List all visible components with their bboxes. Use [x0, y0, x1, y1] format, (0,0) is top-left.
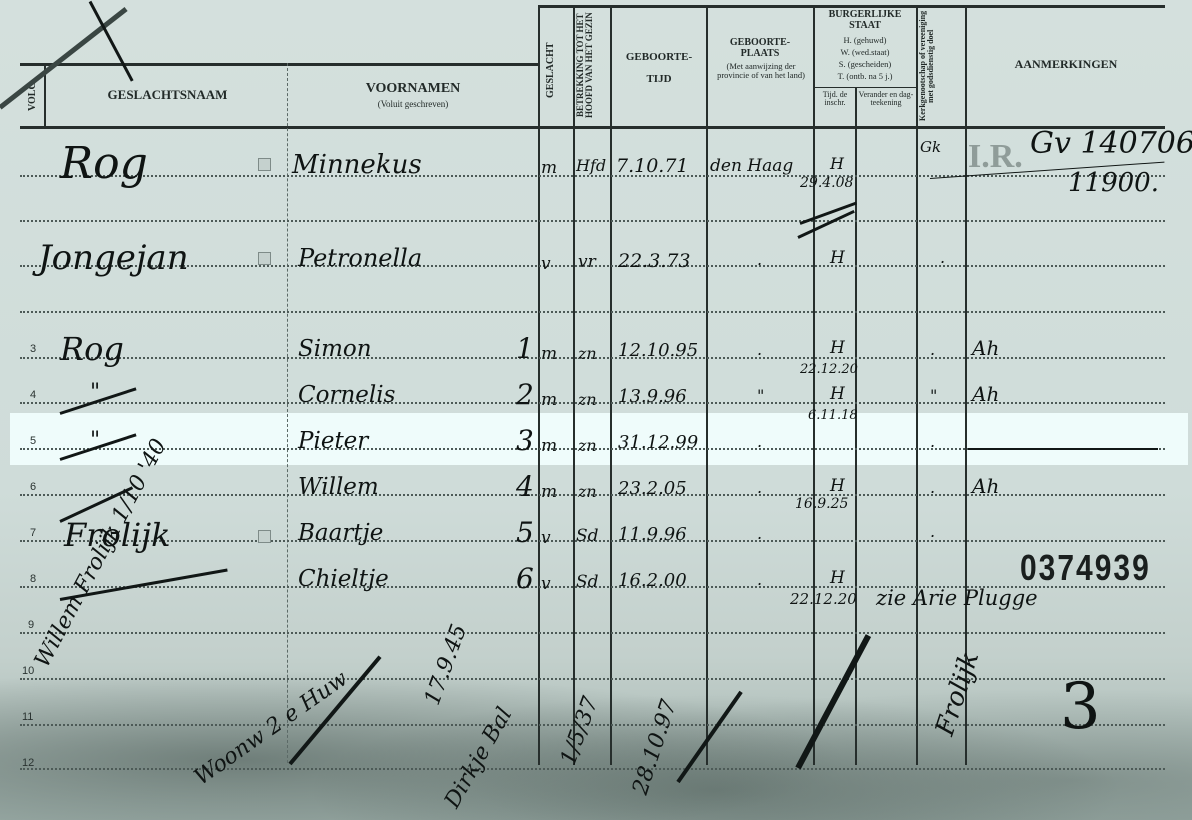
bs-sub-rule	[813, 87, 916, 88]
col-line	[287, 63, 288, 763]
row-number: 7	[30, 527, 36, 539]
given-name: Chieltje	[298, 566, 389, 592]
marital-status: H	[830, 476, 845, 496]
header-voornamen: VOORNAMEN	[290, 82, 536, 97]
church: Gk	[920, 138, 941, 156]
header-geboorteplaats-1: GEBOORTE-	[708, 38, 812, 49]
row-rule	[20, 678, 1165, 680]
birth-place: .	[757, 432, 762, 451]
stamp-ir: I.R.	[968, 138, 1023, 176]
marital-date: 6.11.18	[808, 408, 858, 423]
birth-date: 13.9.96	[618, 386, 687, 407]
row-number: 8	[30, 573, 36, 585]
marital-status: H	[830, 568, 845, 588]
reference-sub-number: 11900.	[1068, 168, 1159, 198]
header-bs-verander: Verander en dag-teekening	[857, 91, 915, 108]
birth-date: 23.2.05	[618, 478, 687, 499]
child-number: 1	[516, 332, 534, 365]
church: "	[930, 386, 937, 405]
col-line	[610, 5, 612, 765]
sex: v	[541, 574, 551, 594]
birth-place: den Haag	[710, 156, 793, 176]
birth-place: "	[757, 386, 764, 405]
header-geboorteplaats-2: PLAATS	[708, 49, 812, 60]
sex: m	[541, 390, 557, 410]
header-bs-tijd: Tijd. de inschr.	[815, 91, 855, 108]
header-geslachtsnaam: GESLACHTSNAAM	[50, 88, 285, 102]
church: .	[930, 478, 935, 497]
sex: m	[541, 158, 557, 178]
child-number: 3	[516, 424, 534, 457]
checkbox-mark	[258, 252, 271, 265]
given-name: Minnekus	[292, 150, 422, 180]
birth-date: 31.12.99	[618, 432, 698, 453]
church: .	[930, 432, 935, 451]
birth-date: 22.3.73	[618, 250, 691, 272]
relation: Sd	[576, 572, 599, 592]
marital-date: 22.12.20	[800, 362, 858, 377]
surname: Jongejan	[38, 238, 189, 278]
church: .	[940, 248, 945, 267]
given-name: Pieter	[298, 428, 368, 454]
birth-place: .	[757, 250, 762, 269]
row-number: 3	[30, 343, 36, 355]
child-number: 6	[516, 562, 534, 595]
marital-status: H	[830, 154, 844, 173]
row-rule	[20, 311, 1165, 313]
reference-number: Gv 140706	[1030, 126, 1192, 161]
relation: zn	[578, 344, 597, 363]
header-geboorteplaats-sub: (Met aanwijzing der provincie of van het…	[712, 62, 810, 80]
marital-date: 22.12.20	[790, 590, 857, 608]
remark: Ah	[972, 474, 999, 498]
marital-status: H	[830, 248, 845, 268]
church: .	[930, 340, 935, 359]
marital-date: 16.9.25	[795, 496, 848, 512]
header-kerkgenootschap: Kerkgenootschap of vereeniging met godsd…	[919, 10, 963, 122]
row-rule	[20, 220, 1165, 222]
top-rule	[538, 5, 1165, 8]
relation: Hfd	[576, 156, 606, 175]
marital-status: H	[830, 384, 845, 404]
header-bottom-rule	[20, 126, 1165, 129]
checkbox-mark	[258, 158, 271, 171]
row-number: 6	[30, 481, 36, 493]
row-number: 12	[22, 757, 34, 769]
birth-place: .	[757, 524, 762, 543]
header-bs-s: S. (gescheiden)	[815, 60, 915, 69]
row-number: 10	[22, 665, 34, 677]
sex: m	[541, 436, 557, 456]
relation: zn	[578, 390, 597, 409]
sex: v	[541, 254, 551, 274]
given-name: Baartje	[298, 520, 383, 546]
margin-mark: 3	[1060, 670, 1101, 744]
relation: zn	[578, 436, 597, 455]
birth-date: 11.9.96	[618, 524, 687, 545]
child-number: 2	[516, 378, 534, 411]
remark: Ah	[972, 382, 999, 406]
birth-date: 7.10.71	[616, 155, 689, 177]
row-rule	[20, 632, 1165, 634]
birth-place: .	[757, 570, 762, 589]
given-name: Petronella	[298, 244, 422, 272]
surname: Rog	[60, 330, 124, 368]
row-number: 11	[22, 711, 33, 723]
marital-date: 29.4.08	[800, 175, 853, 191]
child-number: 4	[516, 470, 534, 503]
header-bs-h: H. (gehuwd)	[815, 36, 915, 45]
row-number: 4	[30, 389, 36, 401]
remark-line	[968, 448, 1158, 450]
header-betrekking: BETREKKING TOT HET HOOFD VAN HET GEZIN	[576, 10, 608, 120]
col-line	[706, 5, 708, 765]
relation: vr	[578, 252, 596, 272]
birth-place: .	[757, 340, 762, 359]
given-name: Simon	[298, 336, 372, 362]
given-name: Willem	[298, 474, 379, 500]
marital-status: H	[830, 338, 845, 358]
header-voornamen-sub: (Voluit geschreven)	[290, 100, 536, 109]
remark: Ah	[972, 336, 999, 360]
child-number: 5	[516, 516, 534, 549]
birth-date: 12.10.95	[618, 340, 698, 361]
highlighted-row-5	[10, 413, 1188, 465]
checkbox-mark	[258, 530, 271, 543]
sex: v	[541, 528, 551, 548]
header-aanmerkingen: AANMERKINGEN	[967, 58, 1165, 71]
surname: Rog	[60, 138, 148, 189]
header-geslacht: GESLACHT	[546, 30, 566, 110]
given-name: Cornelis	[298, 382, 395, 408]
birth-date: 16.2.00	[618, 570, 687, 591]
sex: m	[541, 482, 557, 502]
church: .	[930, 522, 935, 541]
row-number: 9	[28, 619, 34, 631]
relation: Sd	[576, 526, 599, 546]
col-line	[573, 5, 575, 765]
header-geboortetijd-1: GEBOORTE-	[612, 52, 706, 64]
birth-place: .	[757, 478, 762, 497]
card-number-stamp: 0374939	[1020, 549, 1151, 590]
sex: m	[541, 344, 557, 364]
header-bs-w: W. (wed.staat)	[815, 48, 915, 57]
header-bs-t: T. (ontb. na 5 j.)	[815, 72, 915, 81]
row-number: 5	[30, 435, 36, 447]
header-burgerlijke-staat: BURGERLIJKE STAAT	[815, 10, 915, 31]
header-top-rule	[20, 63, 538, 66]
header-geboortetijd-2: TIJD	[612, 74, 706, 86]
col-line	[538, 5, 540, 765]
remark: zie Arie Plugge	[876, 586, 1038, 610]
col-line	[813, 5, 815, 765]
relation: zn	[578, 482, 597, 501]
